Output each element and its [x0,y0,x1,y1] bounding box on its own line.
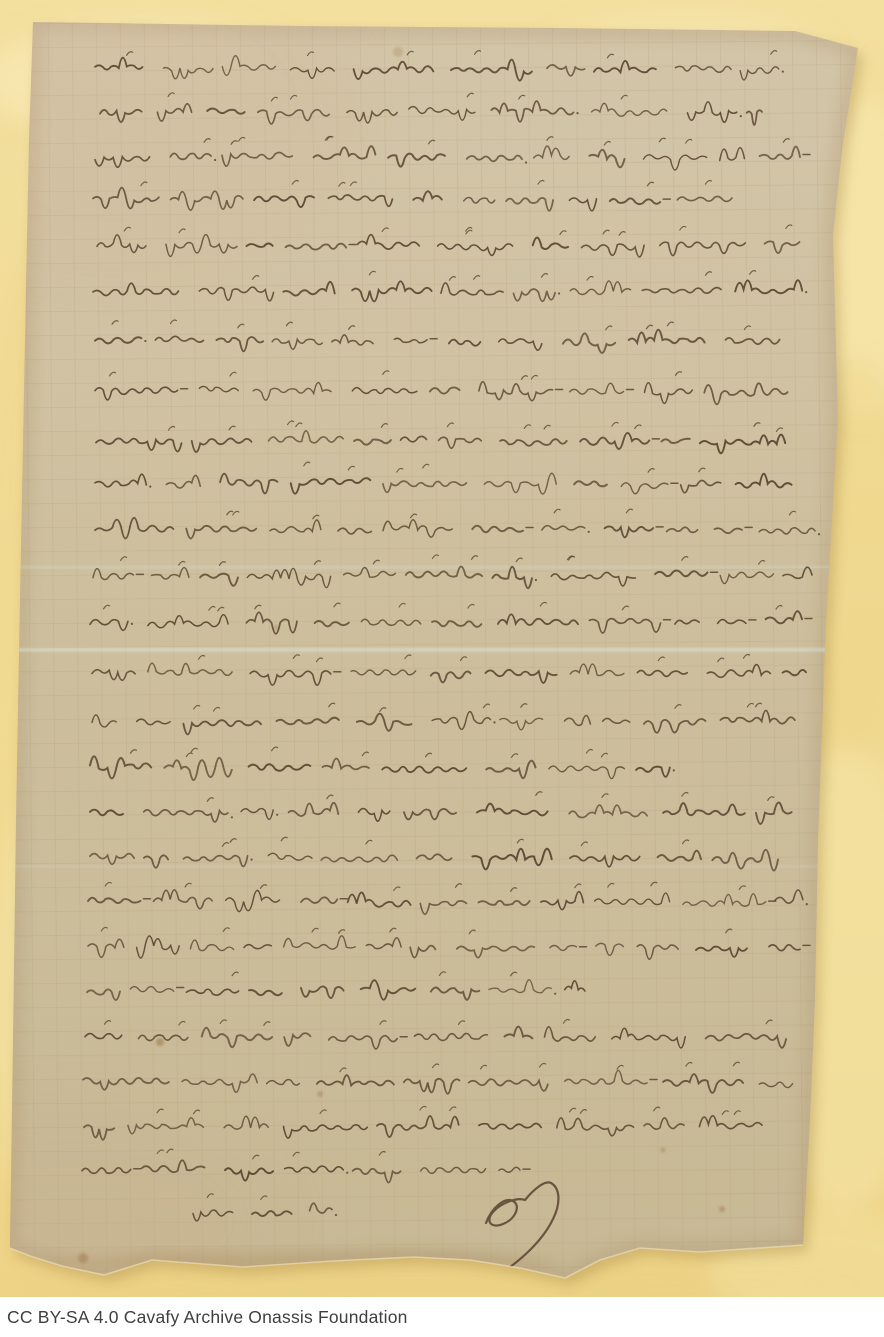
scan-viewer: CC BY-SA 4.0 Cavafy Archive Onassis Foun… [0,0,884,1337]
license-caption-bar: CC BY-SA 4.0 Cavafy Archive Onassis Foun… [0,1297,884,1337]
manuscript-scan-image [0,0,884,1297]
license-caption-text: CC BY-SA 4.0 Cavafy Archive Onassis Foun… [0,1307,408,1328]
manuscript-scan [0,0,884,1297]
